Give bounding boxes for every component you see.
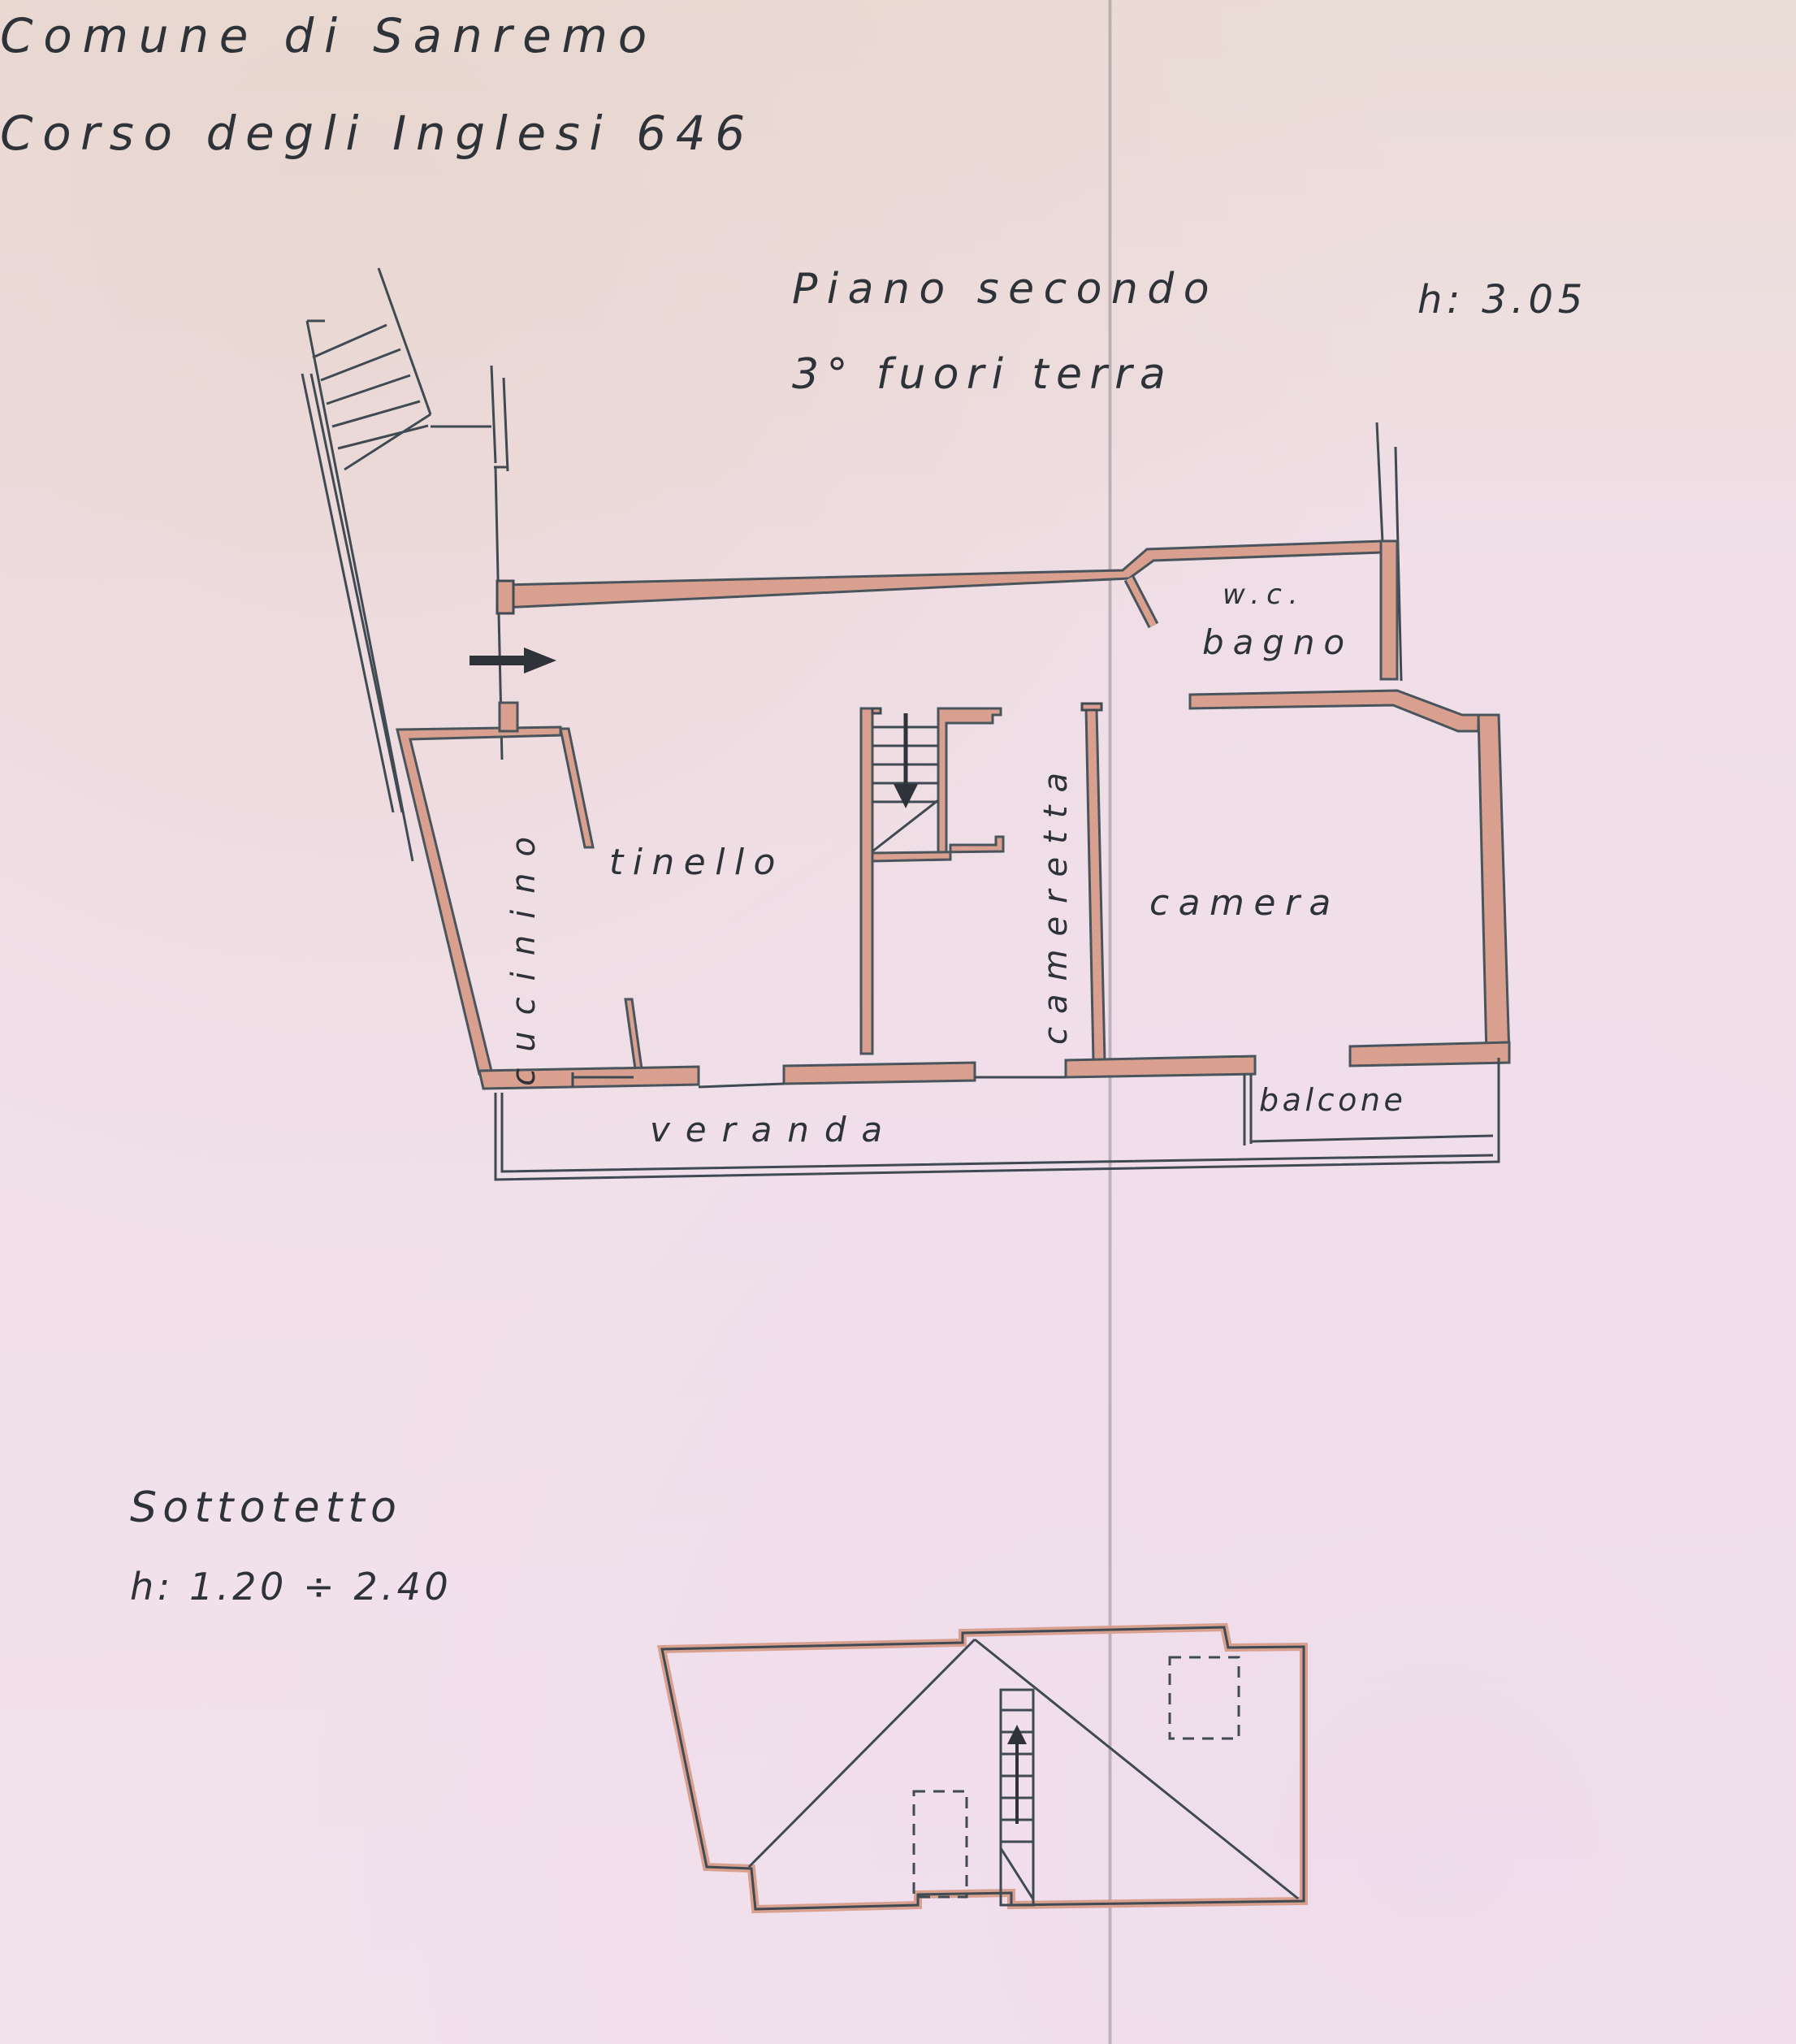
floor-plan-drawing xyxy=(0,0,1796,2044)
room-label-bagno: bagno xyxy=(1202,626,1353,660)
room-label-camera: camera xyxy=(1149,886,1340,921)
floor-plan-second-floor xyxy=(302,268,1509,1180)
room-label-cameretta: cameretta xyxy=(1040,760,1072,1045)
cucinino-walls xyxy=(397,703,699,1089)
room-label-wc: w.c. xyxy=(1223,581,1305,608)
attic-title: Sottotetto xyxy=(130,1487,402,1529)
room-label-tinello: tinello xyxy=(609,845,785,881)
room-label-cucinino: cucinino xyxy=(508,821,540,1086)
attic-plan xyxy=(662,1627,1304,1909)
external-stair xyxy=(302,268,508,861)
internal-stair xyxy=(784,708,1003,1084)
room-label-balcone: balcone xyxy=(1259,1085,1407,1115)
attic-height: h: 1.20 ÷ 2.40 xyxy=(130,1568,452,1605)
room-label-veranda: veranda xyxy=(650,1113,898,1147)
entry-arrow-icon xyxy=(470,647,556,673)
